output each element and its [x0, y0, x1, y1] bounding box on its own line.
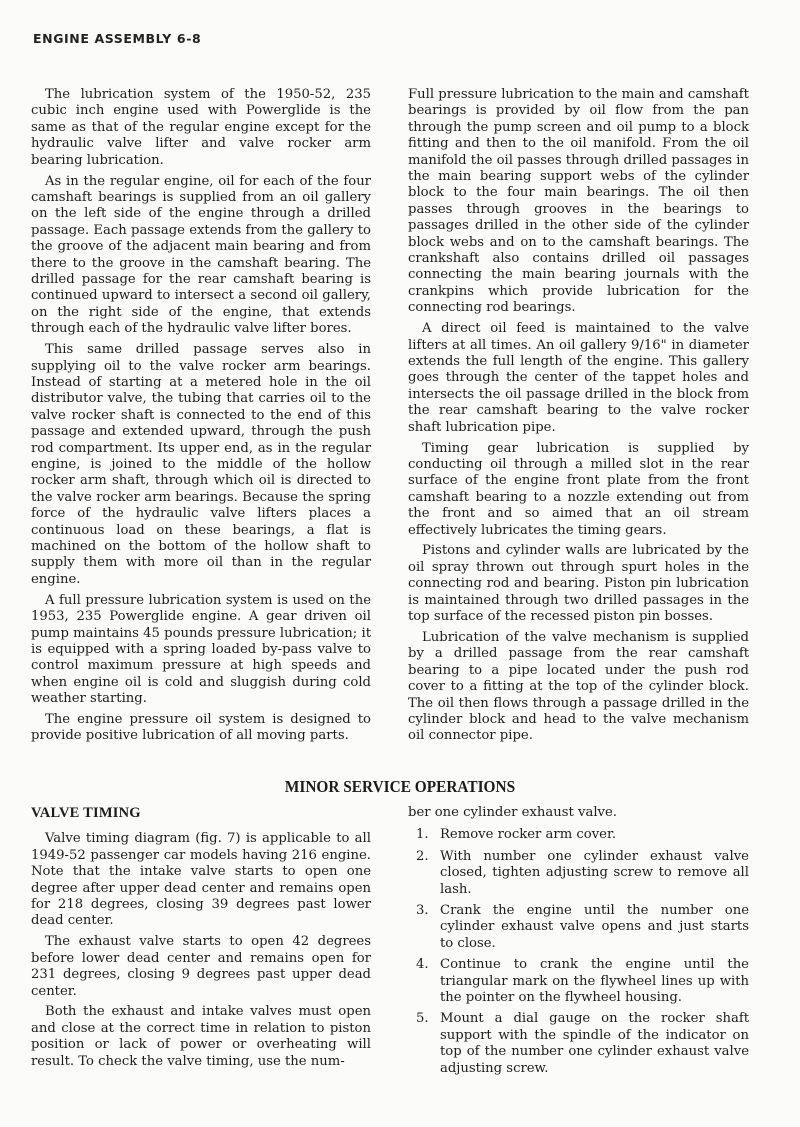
step-text: Crank the engine until the number one cy… — [440, 903, 749, 952]
procedure-steps: 1. Remove rocker arm cover. 2. With numb… — [408, 827, 749, 1077]
step-item: 3. Crank the engine until the number one… — [408, 903, 749, 952]
step-text: Continue to crank the engine until the t… — [440, 957, 749, 1006]
step-item: 5. Mount a dial gauge on the rocker shaf… — [408, 1011, 749, 1077]
step-item: 4. Continue to crank the engine until th… — [408, 957, 749, 1006]
paragraph: A direct oil feed is maintained to the v… — [408, 321, 749, 436]
paragraph: The exhaust valve starts to open 42 degr… — [31, 934, 371, 1000]
step-item: 1. Remove rocker arm cover. — [408, 827, 749, 843]
page-header: ENGINE ASSEMBLY 6-8 — [33, 31, 201, 46]
paragraph-continuation: ber one cylinder exhaust valve. — [408, 805, 749, 821]
step-number: 1. — [408, 827, 440, 843]
paragraph: A full pressure lubrication system is us… — [31, 593, 371, 708]
step-number: 3. — [408, 903, 440, 952]
paragraph: Full pressure lubrication to the main an… — [408, 87, 749, 317]
lubrication-right-column: Full pressure lubrication to the main an… — [408, 87, 749, 749]
paragraph: Pistons and cylinder walls are lubricate… — [408, 543, 749, 625]
subheading-valve-timing: VALVE TIMING — [31, 805, 371, 821]
paragraph: Both the exhaust and intake valves must … — [31, 1004, 371, 1070]
lubrication-left-column: The lubrication system of the 1950-52, 2… — [31, 87, 371, 749]
paragraph: This same drilled passage serves also in… — [31, 342, 371, 588]
paragraph: The lubrication system of the 1950-52, 2… — [31, 87, 371, 169]
step-item: 2. With number one cylinder exhaust valv… — [408, 849, 749, 898]
step-text: Remove rocker arm cover. — [440, 827, 749, 843]
step-text: Mount a dial gauge on the rocker shaft s… — [440, 1011, 749, 1077]
valve-timing-left-column: VALVE TIMING Valve timing diagram (fig. … — [31, 805, 371, 1075]
step-number: 4. — [408, 957, 440, 1006]
step-number: 5. — [408, 1011, 440, 1077]
valve-timing-right-column: ber one cylinder exhaust valve. 1. Remov… — [408, 805, 749, 1082]
paragraph: As in the regular engine, oil for each o… — [31, 174, 371, 338]
paragraph: The engine pressure oil system is design… — [31, 712, 371, 745]
paragraph: Timing gear lubrication is supplied by c… — [408, 441, 749, 539]
paragraph: Valve timing diagram (fig. 7) is applica… — [31, 831, 371, 929]
section-heading: MINOR SERVICE OPERATIONS — [28, 777, 772, 797]
paragraph: Lubrication of the valve mechanism is su… — [408, 630, 749, 745]
step-number: 2. — [408, 849, 440, 898]
step-text: With number one cylinder exhaust valve c… — [440, 849, 749, 898]
